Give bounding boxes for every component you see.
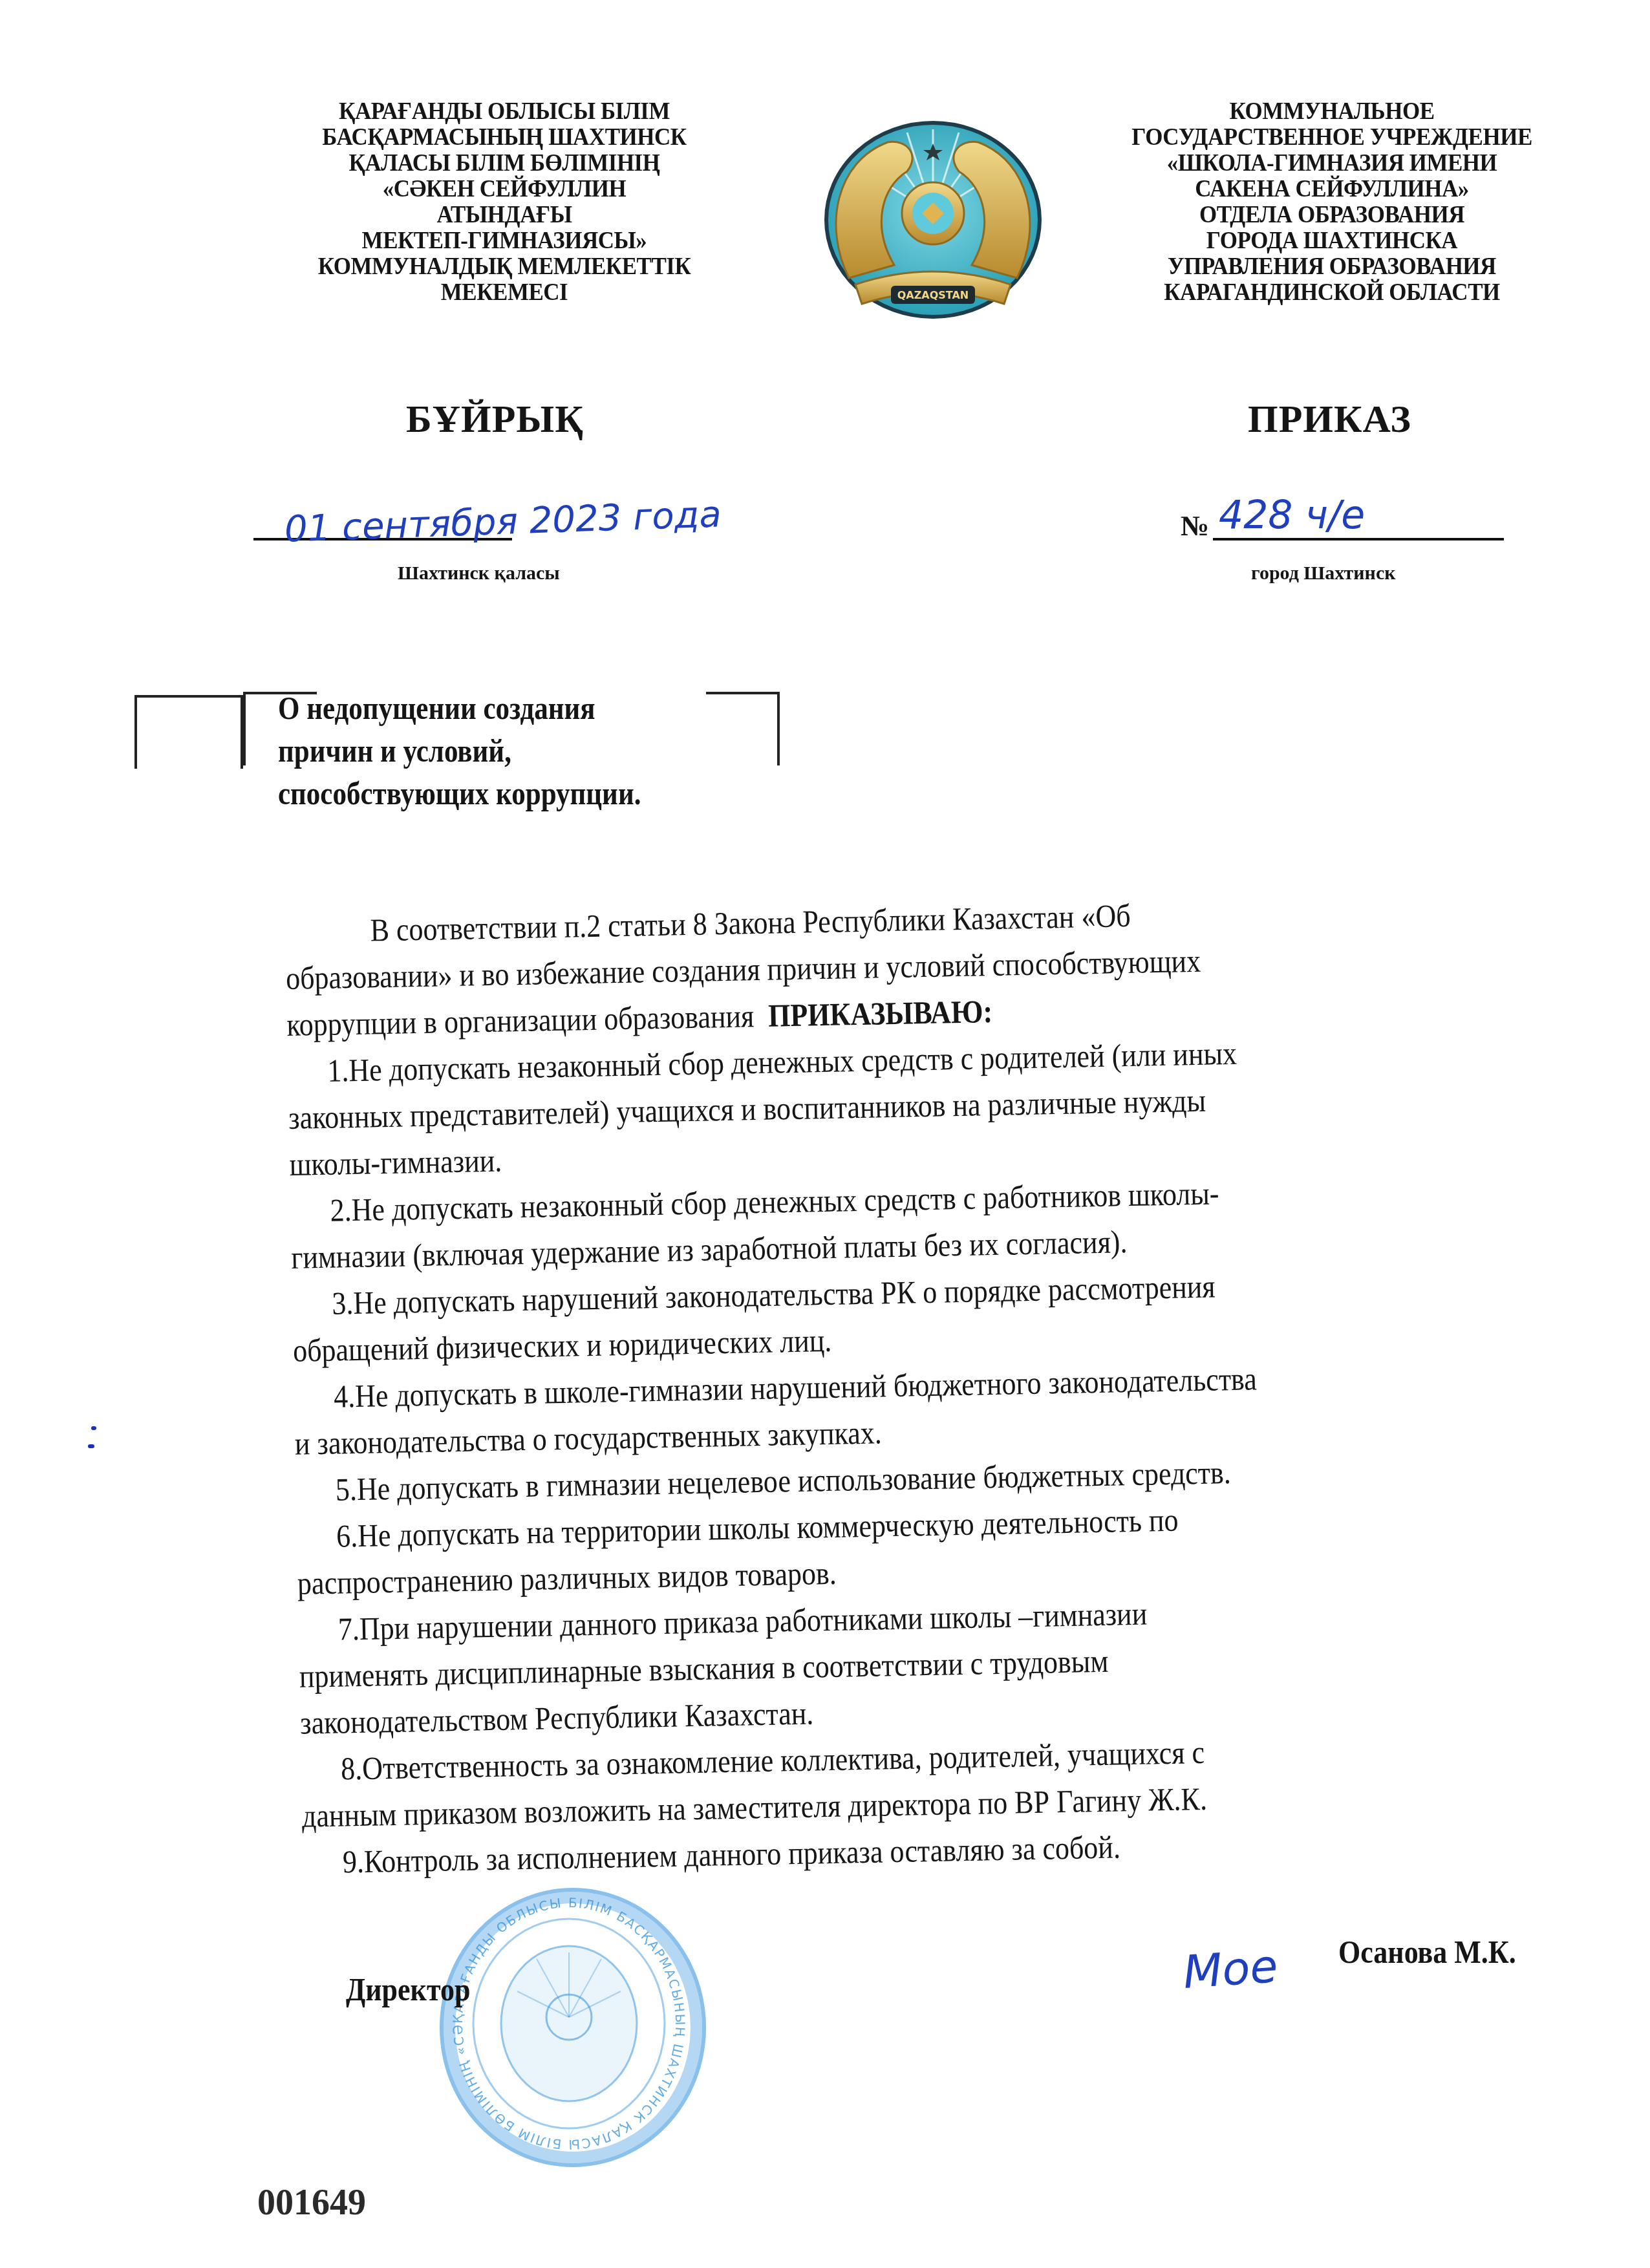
order-keyword: ПРИКАЗЫВАЮ:: [768, 993, 993, 1034]
subject-line: причин и условий,: [278, 729, 641, 772]
bracket-right: [706, 692, 780, 765]
header-left-line: АТЫНДАҒЫ: [278, 202, 730, 228]
header-left-kz: ҚАРАҒАНДЫ ОБЛЫСЫ БІЛІМ БАСҚАРМАСЫНЫҢ ШАХ…: [278, 98, 730, 305]
city-ru: город Шахтинск: [1251, 562, 1395, 584]
header-left-line: МЕКТЕП-ГИМНАЗИЯСЫ»: [278, 228, 730, 253]
date-handwritten: 01 сентября 2023 года: [284, 493, 722, 551]
header-right-line: ОТДЕЛА ОБРАЗОВАНИЯ: [1094, 202, 1570, 228]
header-right-line: УПРАВЛЕНИЯ ОБРАЗОВАНИЯ: [1094, 253, 1570, 279]
header-left-line: КОММУНАЛДЫҚ МЕМЛЕКЕТТІК: [278, 253, 730, 279]
svg-text:QAZAQSTAN: QAZAQSTAN: [897, 289, 969, 301]
header-left-line: БАСҚАРМАСЫНЫҢ ШАХТИНСК: [278, 124, 730, 150]
subject-title: О недопущении создания причин и условий,…: [278, 687, 641, 815]
number-handwritten: 428 ч/е: [1219, 493, 1365, 538]
header-left-line: ҚАРАҒАНДЫ ОБЛЫСЫ БІЛІМ: [278, 98, 730, 124]
bracket-left-outer: [134, 695, 243, 769]
header-right-line: ГОСУДАРСТВЕННОЕ УЧРЕЖДЕНИЕ: [1094, 124, 1570, 150]
signature-name: Осанова М.К.: [1338, 1933, 1516, 1971]
kazakhstan-state-emblem-icon: QAZAQSTAN: [810, 110, 1056, 336]
header-right-line: САКЕНА СЕЙФУЛЛИНА»: [1094, 176, 1570, 202]
header-right-line: КАРАГАНДИНСКОЙ ОБЛАСТИ: [1094, 279, 1570, 305]
subject-line: О недопущении создания: [278, 687, 641, 729]
number-line: [1213, 538, 1504, 540]
header-right-ru: КОММУНАЛЬНОЕ ГОСУДАРСТВЕННОЕ УЧРЕЖДЕНИЕ …: [1094, 98, 1570, 305]
title-kz: БҰЙРЫҚ: [406, 397, 584, 442]
official-stamp: ҚАРАҒАНДЫ ОБЛЫСЫ БІЛІМ БАСҚАРМАСЫНЫҢ ШАХ…: [440, 1888, 706, 2167]
header-right-line: ГОРОДА ШАХТИНСКА: [1094, 228, 1570, 253]
ink-mark: [91, 1426, 96, 1430]
header-left-line: ҚАЛАСЫ БІЛІМ БӨЛІМІНІҢ: [278, 150, 730, 176]
header-right-line: «ШКОЛА-ГИМНАЗИЯ ИМЕНИ: [1094, 150, 1570, 176]
header-right-line: КОММУНАЛЬНОЕ: [1094, 98, 1570, 124]
title-ru: ПРИКАЗ: [1248, 397, 1411, 442]
document-serial-number: 001649: [257, 2182, 366, 2223]
city-kz: Шахтинск қаласы: [398, 562, 560, 584]
subject-line: способствующих коррупции.: [278, 772, 641, 815]
order-body: В соответствии п.2 статьи 8 Закона Респу…: [284, 883, 1612, 1886]
signature-position: Директор: [346, 1971, 470, 2008]
header-left-line: «СӘКЕН СЕЙФУЛЛИН: [278, 176, 730, 202]
ink-mark: [88, 1444, 94, 1448]
header-left-line: МЕКЕМЕСІ: [278, 279, 730, 305]
signature-handwritten: Мое: [1181, 1940, 1280, 1999]
number-prefix: №: [1181, 509, 1210, 542]
